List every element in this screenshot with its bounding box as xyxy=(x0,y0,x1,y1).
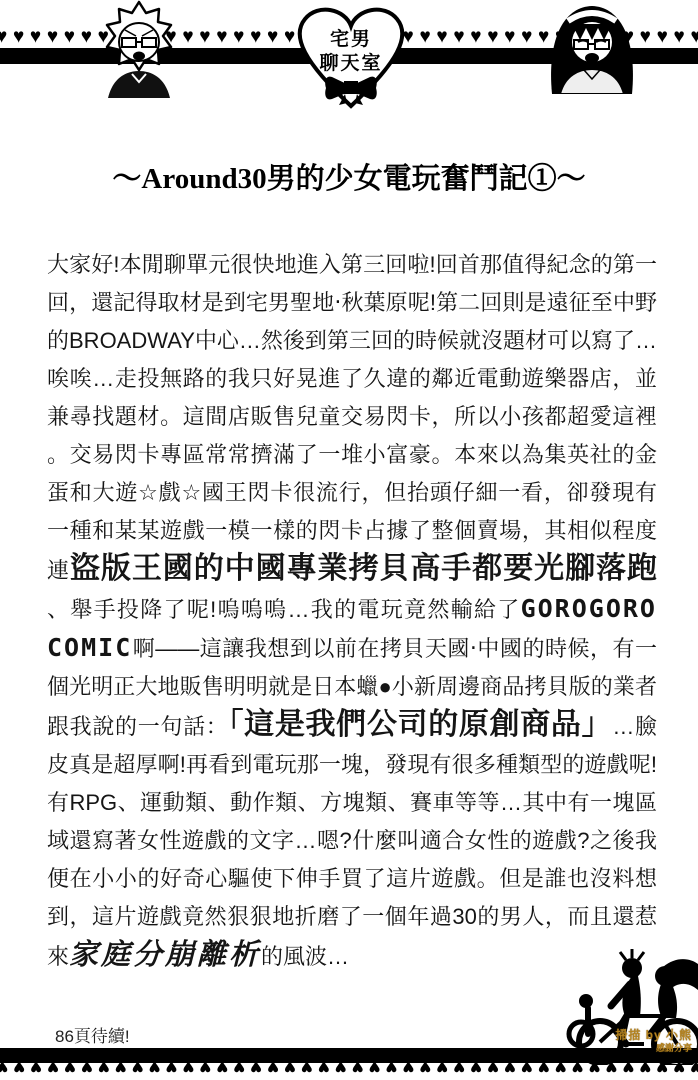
heart-icon: ♥ xyxy=(13,27,24,48)
body-text-segment-normal: …臉皮真是超厚啊!再看到電玩那一塊，發現有很多種類型的遊戲呢!有RPG、運動類、… xyxy=(47,714,657,969)
heart-icon: ♥ xyxy=(657,27,668,48)
body-text-segment-normal: 的風波… xyxy=(261,944,349,969)
badge-title-line1: 宅男 xyxy=(288,24,414,51)
badge-title-line2: 聊天室 xyxy=(288,48,414,75)
chat-room-heart-badge: 宅男 聊天室 xyxy=(288,2,414,114)
glasses-girl-icon xyxy=(534,0,654,94)
heart-icon: ♥ xyxy=(419,27,430,48)
heart-icon: ♥ xyxy=(674,27,685,48)
heart-icon: ♥ xyxy=(199,27,210,48)
girl-character-illustration xyxy=(534,0,654,94)
body-text-segment-normal: 大家好!本閒聊單元很快地進入第三回啦!回首那值得紀念的第一回，還記得取材是到宅男… xyxy=(47,252,657,583)
scanlation-watermark: 掃描 by 小熊 感謝分享 xyxy=(615,1028,692,1054)
heart-icon: ♥ xyxy=(64,27,75,48)
heart-icon: ♥ xyxy=(504,27,515,48)
heart-icon: ♥ xyxy=(487,27,498,48)
bottom-black-band xyxy=(0,1048,698,1063)
body-text-segment-brush: 家庭分崩離析 xyxy=(69,939,261,971)
to-be-continued-label: 86頁待續! xyxy=(55,1022,130,1047)
glasses-boy-icon xyxy=(80,0,200,98)
heart-icon: ♥ xyxy=(521,27,532,48)
watermark-line2: 感謝分享 xyxy=(615,1043,692,1054)
boy-character-illustration xyxy=(80,0,200,98)
column-title: 〜Around30男的少女電玩奮鬥記①〜 xyxy=(0,156,698,197)
heart-icon: ♥ xyxy=(436,27,447,48)
body-text-segment-gothic: 盜版王國的中國專業拷貝高手都要光腳落跑 xyxy=(70,551,657,586)
heart-icon: ♥ xyxy=(0,27,7,48)
heart-icon: ♥ xyxy=(233,27,244,48)
heart-icon: ♥ xyxy=(470,27,481,48)
heart-icon: ♥ xyxy=(453,27,464,48)
heart-icon: ♥ xyxy=(267,27,278,48)
heart-icon: ♥ xyxy=(690,27,698,48)
watermark-line1: 掃描 by 小熊 xyxy=(615,1028,692,1043)
manga-column-page: ♥♥♥♥♥♥♥♥♥♥♥♥♥♥♥♥♥♥♥♥♥♥♥♥♥♥♥♥♥♥♥♥♥♥♥♥♥♥♥♥… xyxy=(0,0,698,1080)
heart-icon: ♥ xyxy=(250,27,261,48)
body-text-segment-ming: 「這是我們公司的原創商品」 xyxy=(228,708,612,741)
body-text-segment-normal: 、舉手投降了呢!嗚嗚嗚…我的電玩竟然輸給了 xyxy=(47,597,521,622)
heart-icon: ♥ xyxy=(47,27,58,48)
heart-icon: ♥ xyxy=(216,27,227,48)
heart-icon: ♥ xyxy=(30,27,41,48)
column-body-text: 大家好!本閒聊單元很快地進入第三回啦!回首那值得紀念的第一回，還記得取材是到宅男… xyxy=(47,246,657,976)
